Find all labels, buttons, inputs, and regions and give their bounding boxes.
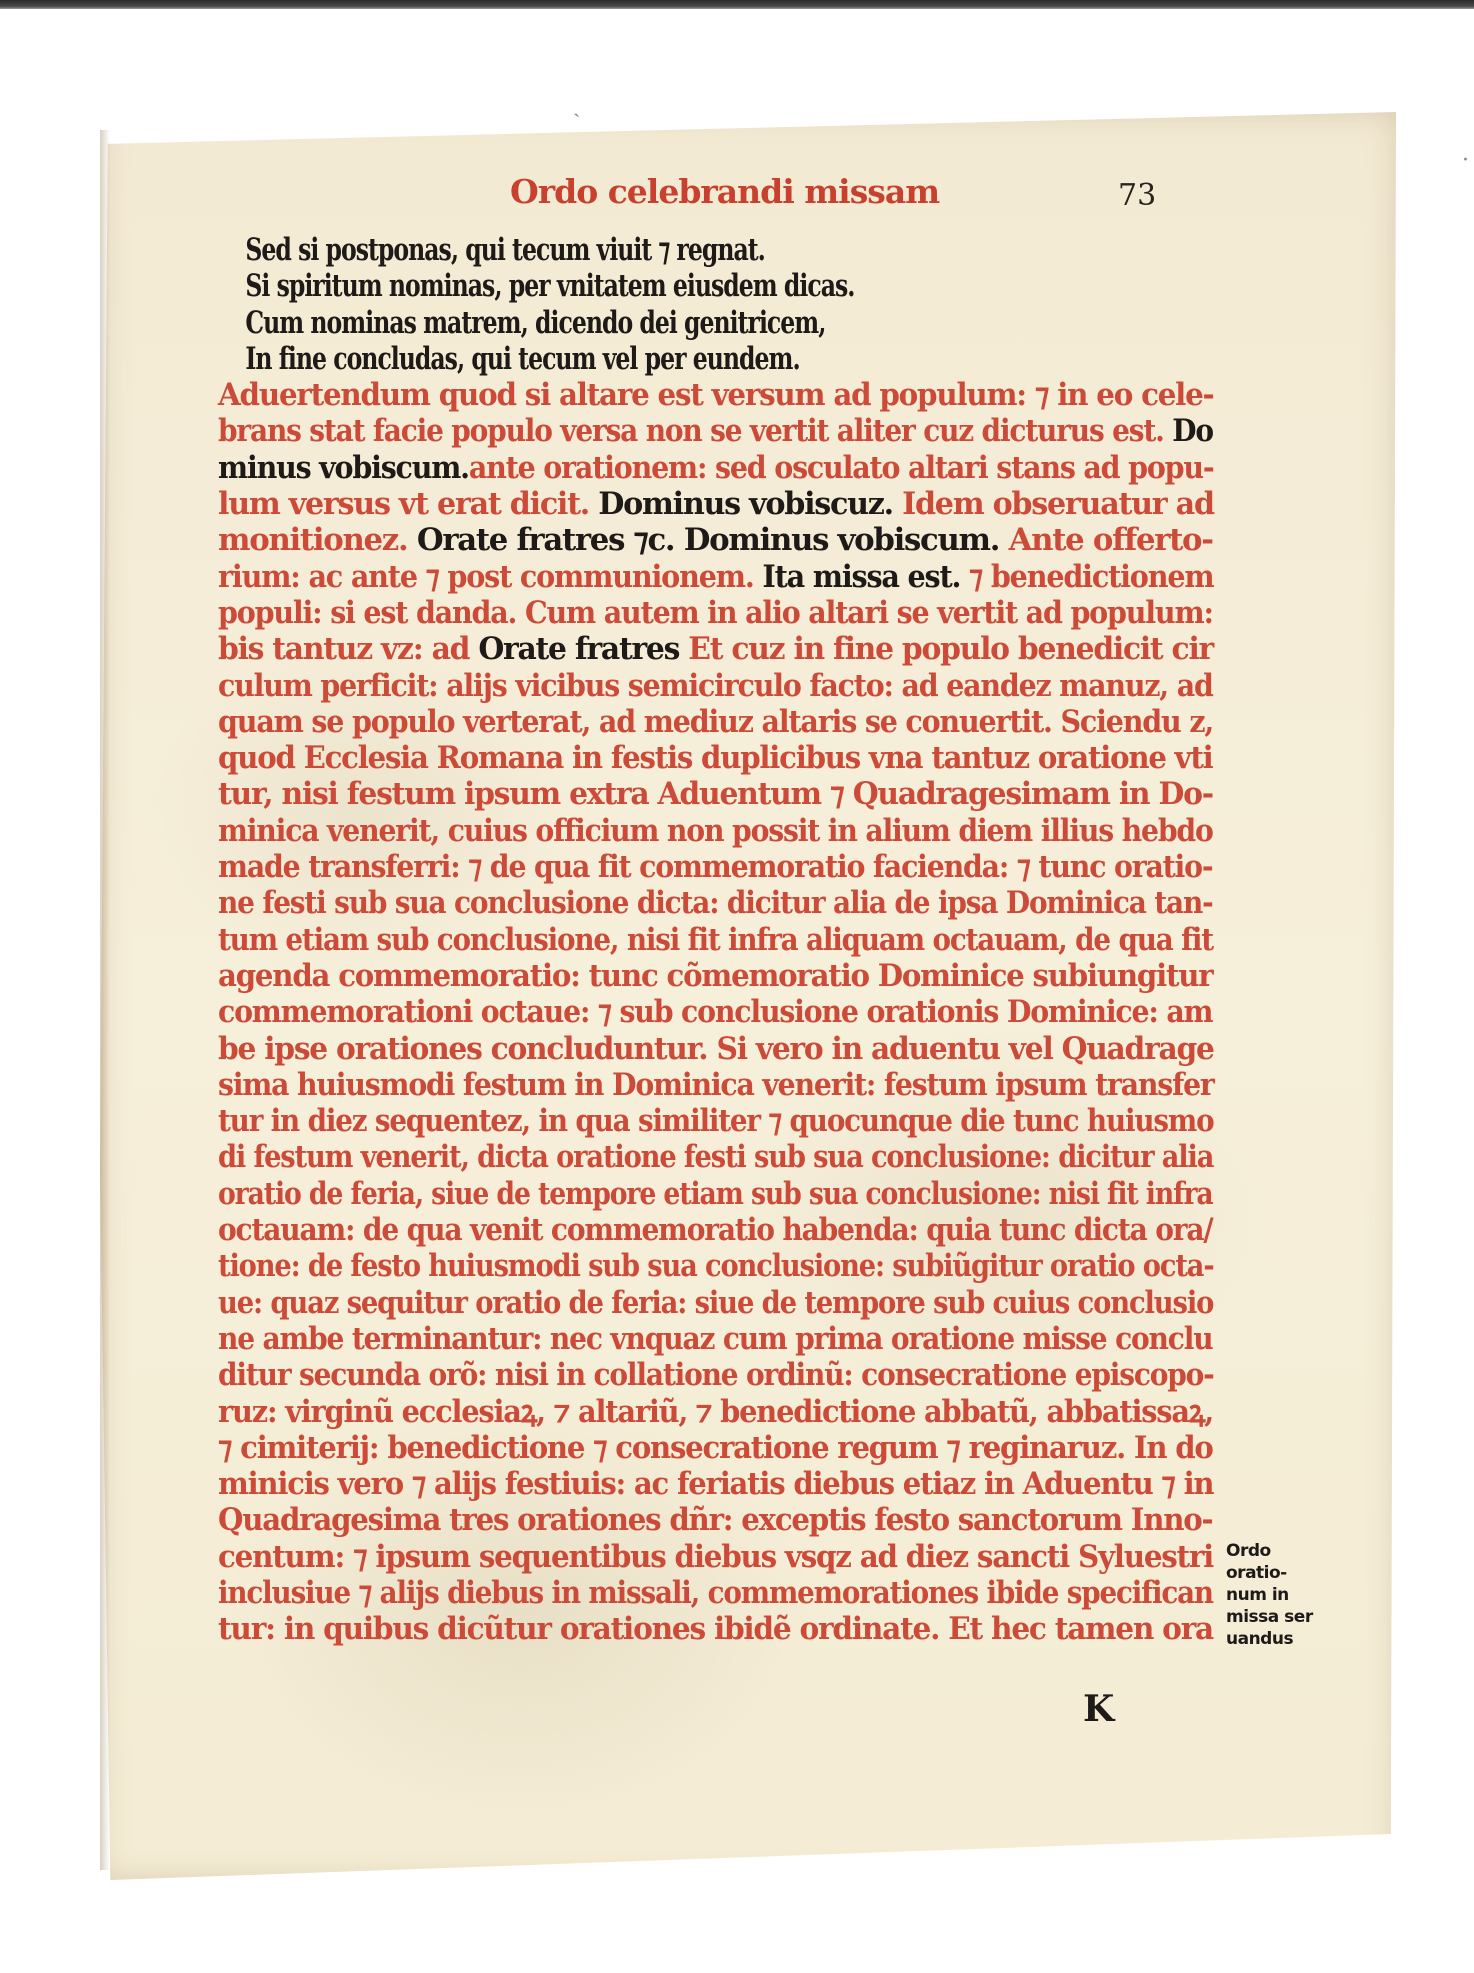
- rubric-text: bis tantuz vz: ad: [218, 631, 478, 667]
- black-text: Orate fratres: [478, 631, 688, 667]
- rubric-text: populi: si est danda. Cum autem in alio …: [218, 595, 1213, 631]
- rubric-text: Et cuz in fine populo benedicit cir: [688, 631, 1213, 667]
- running-head: Ordo celebrandi missam: [510, 172, 939, 211]
- rubric-text: tur in diez sequentez, in qua similiter …: [218, 1103, 1213, 1139]
- text-line: tur in diez sequentez, in qua similiter …: [218, 1103, 1114, 1139]
- rubric-text: brans stat facie populo versa non se ver…: [218, 413, 1172, 449]
- text-line: ue: quaz sequitur oratio de feria: siue …: [218, 1285, 1102, 1321]
- text-line: ⁊ cimiterij: benedictione ⁊ consecration…: [218, 1430, 1158, 1466]
- text-line: brans stat facie populo versa non se ver…: [218, 413, 1121, 449]
- text-line: tur: in quibus dicũtur orationes ibidẽ o…: [218, 1611, 1173, 1647]
- text-line: minica venerit, cuius officium non possi…: [218, 813, 1130, 849]
- text-line: populi: si est danda. Cum autem in alio …: [218, 595, 1138, 631]
- rubric-text: di festum venerit, dicta oratione festi …: [218, 1139, 1213, 1175]
- text-line: agenda commemoratio: tunc cõmemoratio Do…: [218, 958, 1161, 994]
- rubric-text: tum etiam sub conclusione, nisi fit infr…: [218, 922, 1213, 958]
- black-text: Sed si postponas, qui tecum viuit ⁊ regn…: [245, 232, 765, 268]
- marginal-note-line: num in: [1226, 1584, 1336, 1606]
- text-line: culum perficit: alijs vicibus semicircul…: [218, 668, 1136, 704]
- text-line: be ipse orationes concluduntur. Si vero …: [218, 1031, 1176, 1067]
- text-line: ditur secunda orõ: nisi in collatione or…: [218, 1357, 1122, 1393]
- rubric-text: minicis vero ⁊ alijs festiuis: ac feriat…: [218, 1466, 1213, 1502]
- black-text: minus vobiscum.: [218, 450, 469, 486]
- text-line: Quadragesima tres orationes dñr: excepti…: [218, 1502, 1161, 1538]
- text-line: tione: de festo huiusmodi sub sua conclu…: [218, 1248, 1098, 1284]
- marginal-note-line: uandus: [1226, 1628, 1336, 1650]
- black-text: Ita missa est.: [762, 559, 969, 595]
- black-text: Si spiritum nominas, per vnitatem eiusde…: [245, 268, 854, 304]
- text-line: In fine concludas, qui tecum vel per eun…: [218, 341, 978, 377]
- marginal-note-line: Ordo: [1226, 1540, 1336, 1562]
- dust-speck: ·: [1462, 148, 1469, 173]
- text-line: inclusiue ⁊ alijs diebus in missali, com…: [218, 1575, 1114, 1611]
- text-line: minicis vero ⁊ alijs festiuis: ac feriat…: [218, 1466, 1157, 1502]
- rubric-text: ditur secunda orõ: nisi in collatione or…: [218, 1357, 1214, 1393]
- rubric-text: ante orationem: sed osculato altari stan…: [469, 450, 1214, 486]
- black-text: Do: [1172, 413, 1213, 449]
- marginal-note-line: missa ser: [1226, 1606, 1336, 1628]
- rubric-text: tur, nisi festum ipsum extra Aduentum ⁊ …: [218, 776, 1213, 812]
- black-text: Dominus vobiscuz.: [598, 486, 902, 522]
- text-line: rium: ac ante ⁊ post communionem. Ita mi…: [218, 559, 1142, 595]
- rubric-text: Ante offerto-: [1009, 522, 1213, 558]
- rubric-text: lum versus vt erat dicit.: [218, 486, 598, 522]
- text-line: Si spiritum nominas, per vnitatem eiusde…: [218, 268, 978, 304]
- black-text: Cum nominas matrem, dicendo dei genitric…: [245, 305, 825, 341]
- paper-fragment-mark: ˎ: [573, 92, 580, 118]
- rubric-text: rium: ac ante ⁊ post communionem.: [218, 559, 762, 595]
- rubric-text: inclusiue ⁊ alijs diebus in missali, com…: [218, 1575, 1213, 1611]
- rubric-text: monitionez.: [218, 522, 417, 558]
- rubric-text: be ipse orationes concluduntur. Si vero …: [218, 1031, 1214, 1067]
- text-line: quod Ecclesia Romana in festis duplicibu…: [218, 740, 1160, 776]
- rubric-text: quod Ecclesia Romana in festis duplicibu…: [218, 740, 1213, 776]
- text-line: octauam: de qua venit commemoratio haben…: [218, 1212, 1124, 1248]
- text-line: Sed si postponas, qui tecum viuit ⁊ regn…: [218, 232, 978, 268]
- rubric-text: commemorationi octaue: ⁊ sub conclusione…: [218, 994, 1212, 1030]
- rubric-text: culum perficit: alijs vicibus semicircul…: [218, 668, 1213, 704]
- text-line: sima huiusmodi festum in Dominica veneri…: [218, 1067, 1132, 1103]
- rubric-text: made transferri: ⁊ de qua fit commemorat…: [218, 849, 1212, 885]
- text-line: tum etiam sub conclusione, nisi fit infr…: [218, 922, 1114, 958]
- rubric-text: tione: de festo huiusmodi sub sua conclu…: [218, 1248, 1214, 1284]
- scanner-edge-strip: [0, 0, 1474, 9]
- rubric-text: ⁊ benedictionem: [969, 559, 1213, 595]
- text-line: ne festi sub sua conclusione dicta: dici…: [218, 885, 1120, 921]
- text-line: tur, nisi festum ipsum extra Aduentum ⁊ …: [218, 776, 1180, 812]
- rubric-text: Idem obseruatur ad: [902, 486, 1214, 522]
- page-left-edge-stain: [100, 130, 110, 1870]
- marginal-note: Ordooratio-num inmissa seruandus: [1226, 1540, 1336, 1650]
- text-line: commemorationi octaue: ⁊ sub conclusione…: [218, 994, 1133, 1030]
- text-line: oratio de feria, siue de tempore etiam s…: [218, 1176, 1079, 1212]
- signature-mark: K: [1083, 1688, 1114, 1730]
- text-line: Cum nominas matrem, dicendo dei genitric…: [218, 305, 978, 341]
- text-line: made transferri: ⁊ de qua fit commemorat…: [218, 849, 1133, 885]
- text-line: bis tantuz vz: ad Orate fratres Et cuz i…: [218, 631, 1179, 667]
- rubric-text: agenda commemoratio: tunc cõmemoratio Do…: [218, 958, 1212, 994]
- rubric-text: centum: ⁊ ipsum sequentibus diebus vsqz …: [218, 1539, 1213, 1575]
- rubric-text: ne festi sub sua conclusione dicta: dici…: [218, 885, 1213, 921]
- marginal-note-line: oratio-: [1226, 1562, 1336, 1584]
- text-line: lum versus vt erat dicit. Dominus vobisc…: [218, 486, 1191, 522]
- rubric-text: ne ambe terminantur: nec vnquaz cum prim…: [218, 1321, 1212, 1357]
- rubric-text: octauam: de qua venit commemoratio haben…: [218, 1212, 1212, 1248]
- text-line: centum: ⁊ ipsum sequentibus diebus vsqz …: [218, 1539, 1165, 1575]
- rubric-text: ue: quaz sequitur oratio de feria: siue …: [218, 1285, 1213, 1321]
- rubric-text: tur: in quibus dicũtur orationes ibidẽ o…: [218, 1611, 1213, 1647]
- rubric-text: Aduertendum quod si altare est versum ad…: [218, 377, 1213, 413]
- rubric-text: oratio de feria, siue de tempore etiam s…: [218, 1176, 1213, 1212]
- text-line: ne ambe terminantur: nec vnquaz cum prim…: [218, 1321, 1124, 1357]
- folio-number: 73: [1118, 178, 1156, 213]
- main-text-block: Sed si postponas, qui tecum viuit ⁊ regn…: [218, 232, 1218, 1648]
- black-text: In fine concludas, qui tecum vel per eun…: [245, 341, 799, 377]
- text-line: monitionez. Orate fratres ⁊c. Dominus vo…: [218, 522, 1210, 558]
- rubric-text: ruz: virginũ ecclesiaꝝ, ⁊ altariũ, ⁊ ben…: [218, 1394, 1213, 1430]
- text-line: quam se populo verterat, ad mediuz altar…: [218, 704, 1139, 740]
- black-text: Orate fratres ⁊c. Dominus vobiscum.: [417, 522, 1009, 558]
- rubric-text: Quadragesima tres orationes dñr: excepti…: [218, 1502, 1212, 1538]
- text-line: minus vobiscum.ante orationem: sed oscul…: [218, 450, 1137, 486]
- rubric-text: ⁊ cimiterij: benedictione ⁊ consecration…: [218, 1430, 1213, 1466]
- text-line: Aduertendum quod si altare est versum ad…: [218, 377, 1165, 413]
- rubric-text: sima huiusmodi festum in Dominica veneri…: [218, 1067, 1214, 1103]
- text-line: di festum venerit, dicta oratione festi …: [218, 1139, 1098, 1175]
- rubric-text: quam se populo verterat, ad mediuz altar…: [218, 704, 1213, 740]
- text-line: ruz: virginũ ecclesiaꝝ, ⁊ altariũ, ⁊ ben…: [218, 1394, 1149, 1430]
- rubric-text: minica venerit, cuius officium non possi…: [218, 813, 1213, 849]
